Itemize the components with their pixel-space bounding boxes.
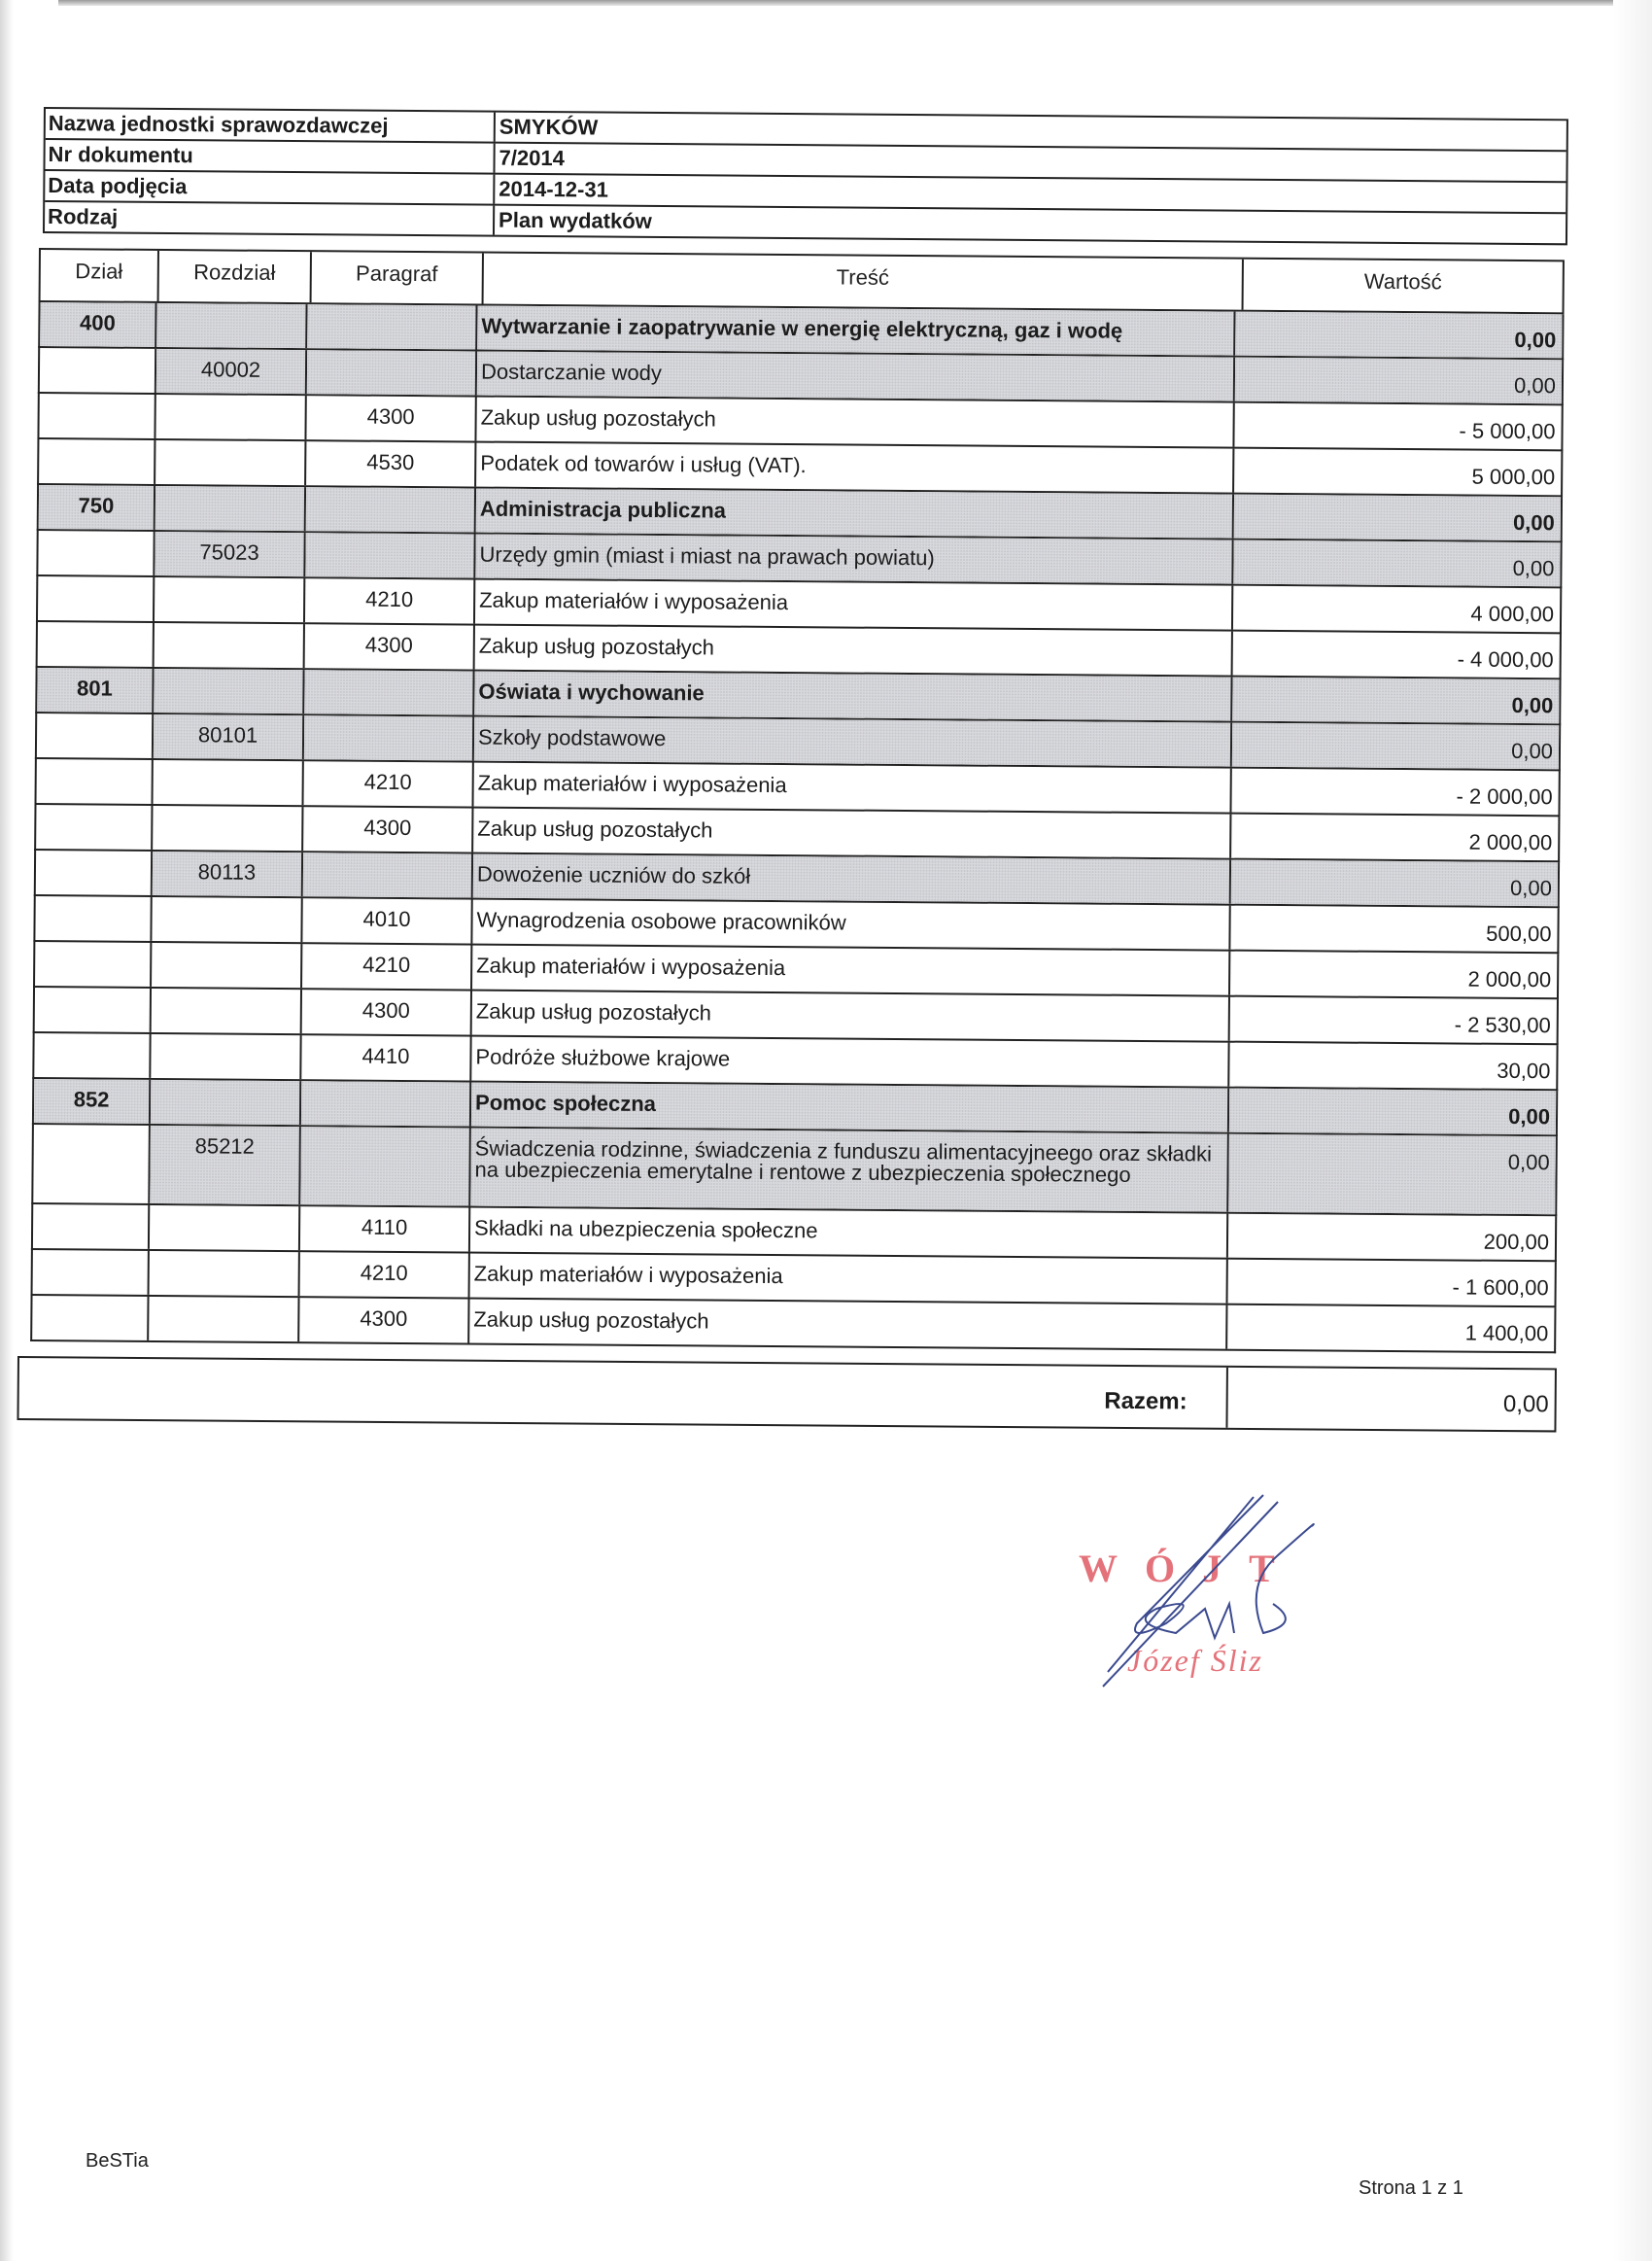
budget-table: Dział Rozdział Paragraf Treść Wartość 40… xyxy=(30,248,1565,1353)
cell-rozdzial: 40002 xyxy=(156,349,307,394)
total-row: Razem: 0,00 xyxy=(17,1356,1556,1432)
cell-dzial xyxy=(35,942,152,987)
cell-paragraf xyxy=(303,852,473,897)
cell-wartosc: 5 000,00 xyxy=(1234,449,1561,496)
cell-rozdzial xyxy=(152,897,302,942)
cell-wartosc: 0,00 xyxy=(1231,860,1558,907)
cell-wartosc: 30,00 xyxy=(1229,1043,1556,1090)
cell-wartosc: 1 400,00 xyxy=(1227,1305,1554,1352)
cell-dzial xyxy=(38,622,155,667)
footer-software-name: BeSTia xyxy=(86,2150,149,2173)
cell-dzial: 750 xyxy=(39,485,155,530)
cell-tresc: Oświata i wychowanie xyxy=(474,672,1232,721)
cell-rozdzial xyxy=(155,623,305,668)
cell-rozdzial: 75023 xyxy=(155,532,305,576)
cell-paragraf: 4530 xyxy=(306,441,476,486)
cell-wartosc: 0,00 xyxy=(1229,1089,1556,1135)
cell-dzial xyxy=(39,439,155,484)
cell-wartosc: - 2 530,00 xyxy=(1230,997,1557,1044)
cell-tresc: Szkoły podstawowe xyxy=(474,717,1232,767)
total-value: 0,00 xyxy=(1227,1368,1554,1431)
cell-paragraf: 4300 xyxy=(303,807,473,852)
cell-wartosc: 200,00 xyxy=(1228,1214,1555,1261)
column-header-rozdzial: Rozdział xyxy=(159,251,312,302)
scan-edge xyxy=(58,0,1613,6)
cell-rozdzial xyxy=(155,486,306,531)
cell-paragraf xyxy=(301,1081,471,1126)
signature-stamp: WÓJT Józef Śliz xyxy=(1069,1478,1380,1711)
cell-rozdzial xyxy=(150,1251,300,1296)
cell-dzial: 852 xyxy=(34,1079,151,1124)
cell-dzial xyxy=(33,1250,150,1295)
cell-rozdzial: 80113 xyxy=(153,852,303,896)
cell-dzial xyxy=(33,1204,150,1249)
cell-wartosc: 0,00 xyxy=(1232,723,1559,770)
document-info-block: Nazwa jednostki sprawozdawczej SMYKÓW Nr… xyxy=(43,107,1568,245)
cell-tresc: Zakup materiałów i wyposażenia xyxy=(472,946,1230,995)
cell-paragraf xyxy=(304,715,474,760)
cell-paragraf xyxy=(300,1127,471,1205)
column-header-dzial: Dział xyxy=(41,250,159,301)
cell-tresc: Zakup materiałów i wyposażenia xyxy=(474,763,1232,813)
cell-wartosc: 0,00 xyxy=(1232,678,1559,724)
table-row: 85212Świadczenia rodzinne, świadczenia z… xyxy=(31,1125,1558,1216)
info-label: Nr dokumentu xyxy=(45,140,495,173)
cell-paragraf: 4300 xyxy=(305,624,475,669)
cell-tresc: Dostarczanie wody xyxy=(477,352,1235,401)
info-label: Rodzaj xyxy=(45,202,495,235)
cell-dzial xyxy=(34,1033,151,1078)
cell-wartosc: 500,00 xyxy=(1230,906,1557,953)
cell-tresc: Zakup usług pozostałych xyxy=(476,398,1234,447)
cell-rozdzial: 80101 xyxy=(154,714,304,759)
cell-rozdzial xyxy=(149,1297,299,1341)
cell-dzial xyxy=(38,531,155,575)
cell-dzial xyxy=(33,1125,151,1203)
cell-rozdzial xyxy=(155,577,305,622)
cell-wartosc: 2 000,00 xyxy=(1231,815,1558,861)
cell-wartosc: 0,00 xyxy=(1233,540,1560,587)
cell-tresc: Składki na ubezpieczenia społeczne xyxy=(470,1208,1228,1258)
cell-dzial xyxy=(38,576,155,621)
cell-wartosc: 0,00 xyxy=(1235,358,1562,404)
cell-wartosc: - 4 000,00 xyxy=(1233,632,1560,678)
cell-tresc: Wytwarzanie i zaopatrywanie w energię el… xyxy=(477,306,1235,356)
cell-tresc: Zakup usług pozostałych xyxy=(473,809,1231,858)
cell-tresc: Zakup usług pozostałych xyxy=(475,626,1233,676)
table-body: 400Wytwarzanie i zaopatrywanie w energię… xyxy=(30,302,1564,1353)
cell-tresc: Podatek od towarów i usług (VAT). xyxy=(476,443,1234,493)
cell-wartosc: 2 000,00 xyxy=(1230,952,1557,998)
cell-paragraf: 4210 xyxy=(300,1252,470,1297)
cell-paragraf xyxy=(307,304,477,349)
cell-rozdzial xyxy=(150,1205,300,1250)
cell-paragraf xyxy=(307,350,477,395)
cell-paragraf xyxy=(305,533,475,577)
cell-wartosc: - 2 000,00 xyxy=(1231,769,1558,816)
cell-dzial xyxy=(36,851,153,895)
cell-tresc: Zakup usług pozostałych xyxy=(472,991,1230,1041)
cell-wartosc: 0,00 xyxy=(1234,495,1561,541)
cell-paragraf: 4300 xyxy=(299,1298,469,1342)
cell-tresc: Administracja publiczna xyxy=(476,489,1234,539)
cell-dzial xyxy=(40,348,156,393)
cell-tresc: Zakup materiałów i wyposażenia xyxy=(475,580,1233,630)
handwritten-signature-icon xyxy=(1069,1478,1380,1711)
cell-paragraf: 4210 xyxy=(302,944,472,989)
cell-tresc: Świadczenia rodzinne, świadczenia z fund… xyxy=(470,1129,1229,1212)
cell-tresc: Podróże służbowe krajowe xyxy=(471,1037,1229,1087)
info-label: Data podjęcia xyxy=(45,171,495,204)
cell-dzial: 400 xyxy=(40,302,156,347)
cell-paragraf xyxy=(304,670,474,714)
cell-rozdzial xyxy=(153,806,303,851)
cell-paragraf: 4300 xyxy=(306,396,476,440)
cell-tresc: Zakup usług pozostałych xyxy=(469,1300,1227,1349)
info-label: Nazwa jednostki sprawozdawczej xyxy=(46,109,496,142)
cell-wartosc: 0,00 xyxy=(1235,312,1562,359)
cell-tresc: Urzędy gmin (miast i miast na prawach po… xyxy=(475,535,1233,584)
cell-rozdzial xyxy=(152,943,302,988)
cell-wartosc: - 1 600,00 xyxy=(1228,1260,1555,1306)
cell-rozdzial xyxy=(152,989,302,1033)
cell-rozdzial xyxy=(154,760,304,805)
cell-rozdzial xyxy=(151,1080,301,1125)
cell-paragraf: 4010 xyxy=(302,898,472,943)
cell-dzial xyxy=(36,805,153,850)
cell-rozdzial xyxy=(155,440,306,485)
total-label: Razem: xyxy=(18,1358,1227,1428)
cell-dzial xyxy=(37,713,154,758)
column-header-wartosc: Wartość xyxy=(1244,260,1563,313)
cell-tresc: Wynagrodzenia osobowe pracowników xyxy=(472,900,1230,950)
scan-edge xyxy=(1613,0,1652,2261)
cell-wartosc: - 5 000,00 xyxy=(1234,403,1561,450)
cell-tresc: Pomoc społeczna xyxy=(471,1083,1229,1132)
cell-dzial xyxy=(39,394,155,438)
cell-paragraf: 4210 xyxy=(304,761,474,806)
cell-paragraf: 4410 xyxy=(301,1035,471,1080)
cell-dzial xyxy=(35,896,152,941)
cell-dzial xyxy=(35,988,152,1032)
cell-dzial: 801 xyxy=(37,668,154,713)
column-header-paragraf: Paragraf xyxy=(312,252,484,303)
column-header-tresc: Treść xyxy=(484,254,1244,310)
cell-rozdzial xyxy=(155,395,306,439)
cell-paragraf: 4300 xyxy=(302,990,472,1034)
cell-paragraf: 4110 xyxy=(300,1206,470,1251)
cell-tresc: Dowożenie uczniów do szkół xyxy=(473,854,1231,904)
cell-rozdzial xyxy=(151,1034,301,1079)
scan-edge xyxy=(0,0,14,2261)
cell-tresc: Zakup materiałów i wyposażenia xyxy=(470,1254,1228,1304)
cell-rozdzial: 85212 xyxy=(150,1126,301,1204)
cell-dzial xyxy=(32,1296,149,1340)
cell-dzial xyxy=(37,759,154,804)
footer-page-number: Strona 1 z 1 xyxy=(1359,2177,1463,2200)
cell-wartosc: 4 000,00 xyxy=(1233,586,1560,633)
cell-wartosc: 0,00 xyxy=(1228,1134,1556,1215)
cell-rozdzial xyxy=(156,303,307,348)
cell-paragraf xyxy=(306,487,476,532)
cell-paragraf: 4210 xyxy=(305,578,475,623)
cell-rozdzial xyxy=(154,669,304,713)
